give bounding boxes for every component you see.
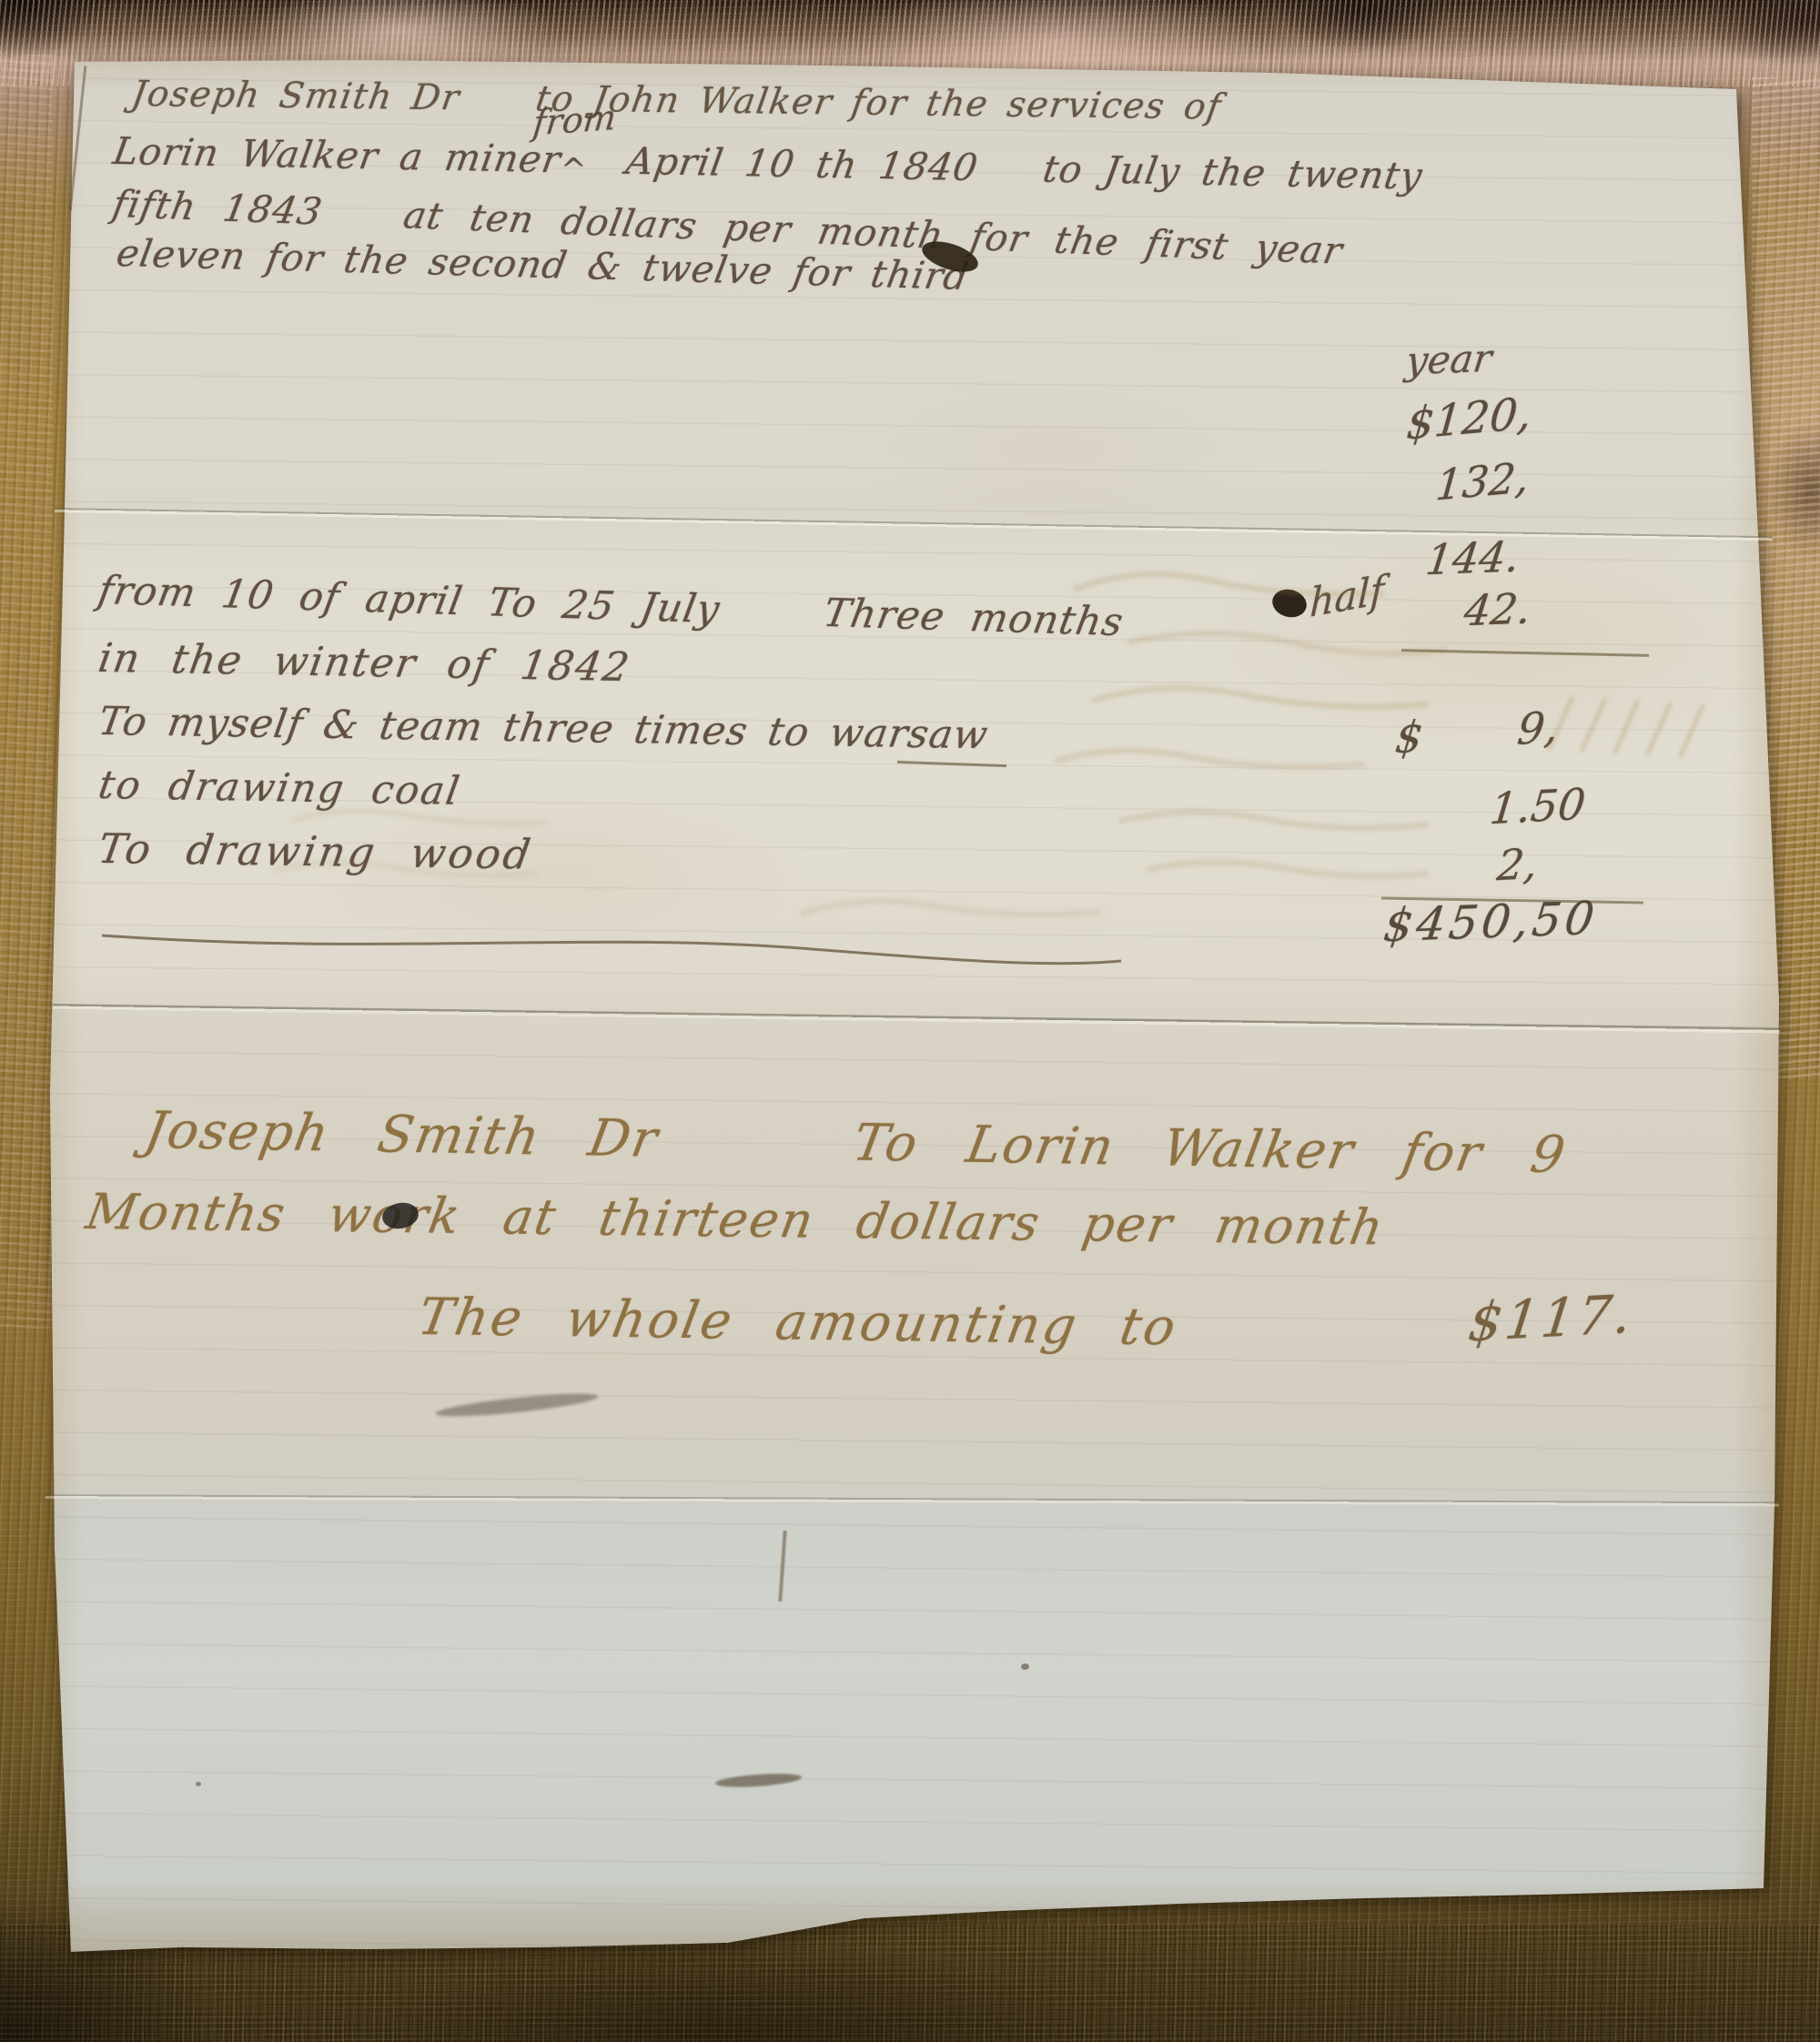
year-word: year [1404, 339, 1494, 380]
second-account-line-3: The whole amounting to [414, 1292, 1181, 1354]
charges-line-2: in the winter of 1842 [96, 639, 633, 688]
amount-first-year: $120, [1405, 391, 1533, 447]
charges-line-5: To drawing wood [96, 828, 535, 875]
charges-amount-4: 1.50 [1488, 783, 1587, 832]
header-insert-word: from [531, 100, 618, 141]
amount-second-year: 132, [1434, 456, 1531, 506]
amount-third-year: 144. [1423, 535, 1522, 581]
charges-amount-1: 42. [1461, 587, 1533, 632]
paper-sheet [41, 55, 1784, 1954]
charges-amount-3: $ 9, [1393, 705, 1561, 760]
charges-total: $450,50 [1381, 895, 1601, 948]
charges-line-4: to drawing coal [96, 766, 463, 812]
document-photo: Joseph Smith Dr to John Walker for the s… [0, 0, 1820, 2042]
charges-amount-5: 2, [1495, 843, 1540, 887]
paper-shadow-wrap [0, 0, 1820, 2042]
second-account-total: $117. [1466, 1288, 1637, 1350]
